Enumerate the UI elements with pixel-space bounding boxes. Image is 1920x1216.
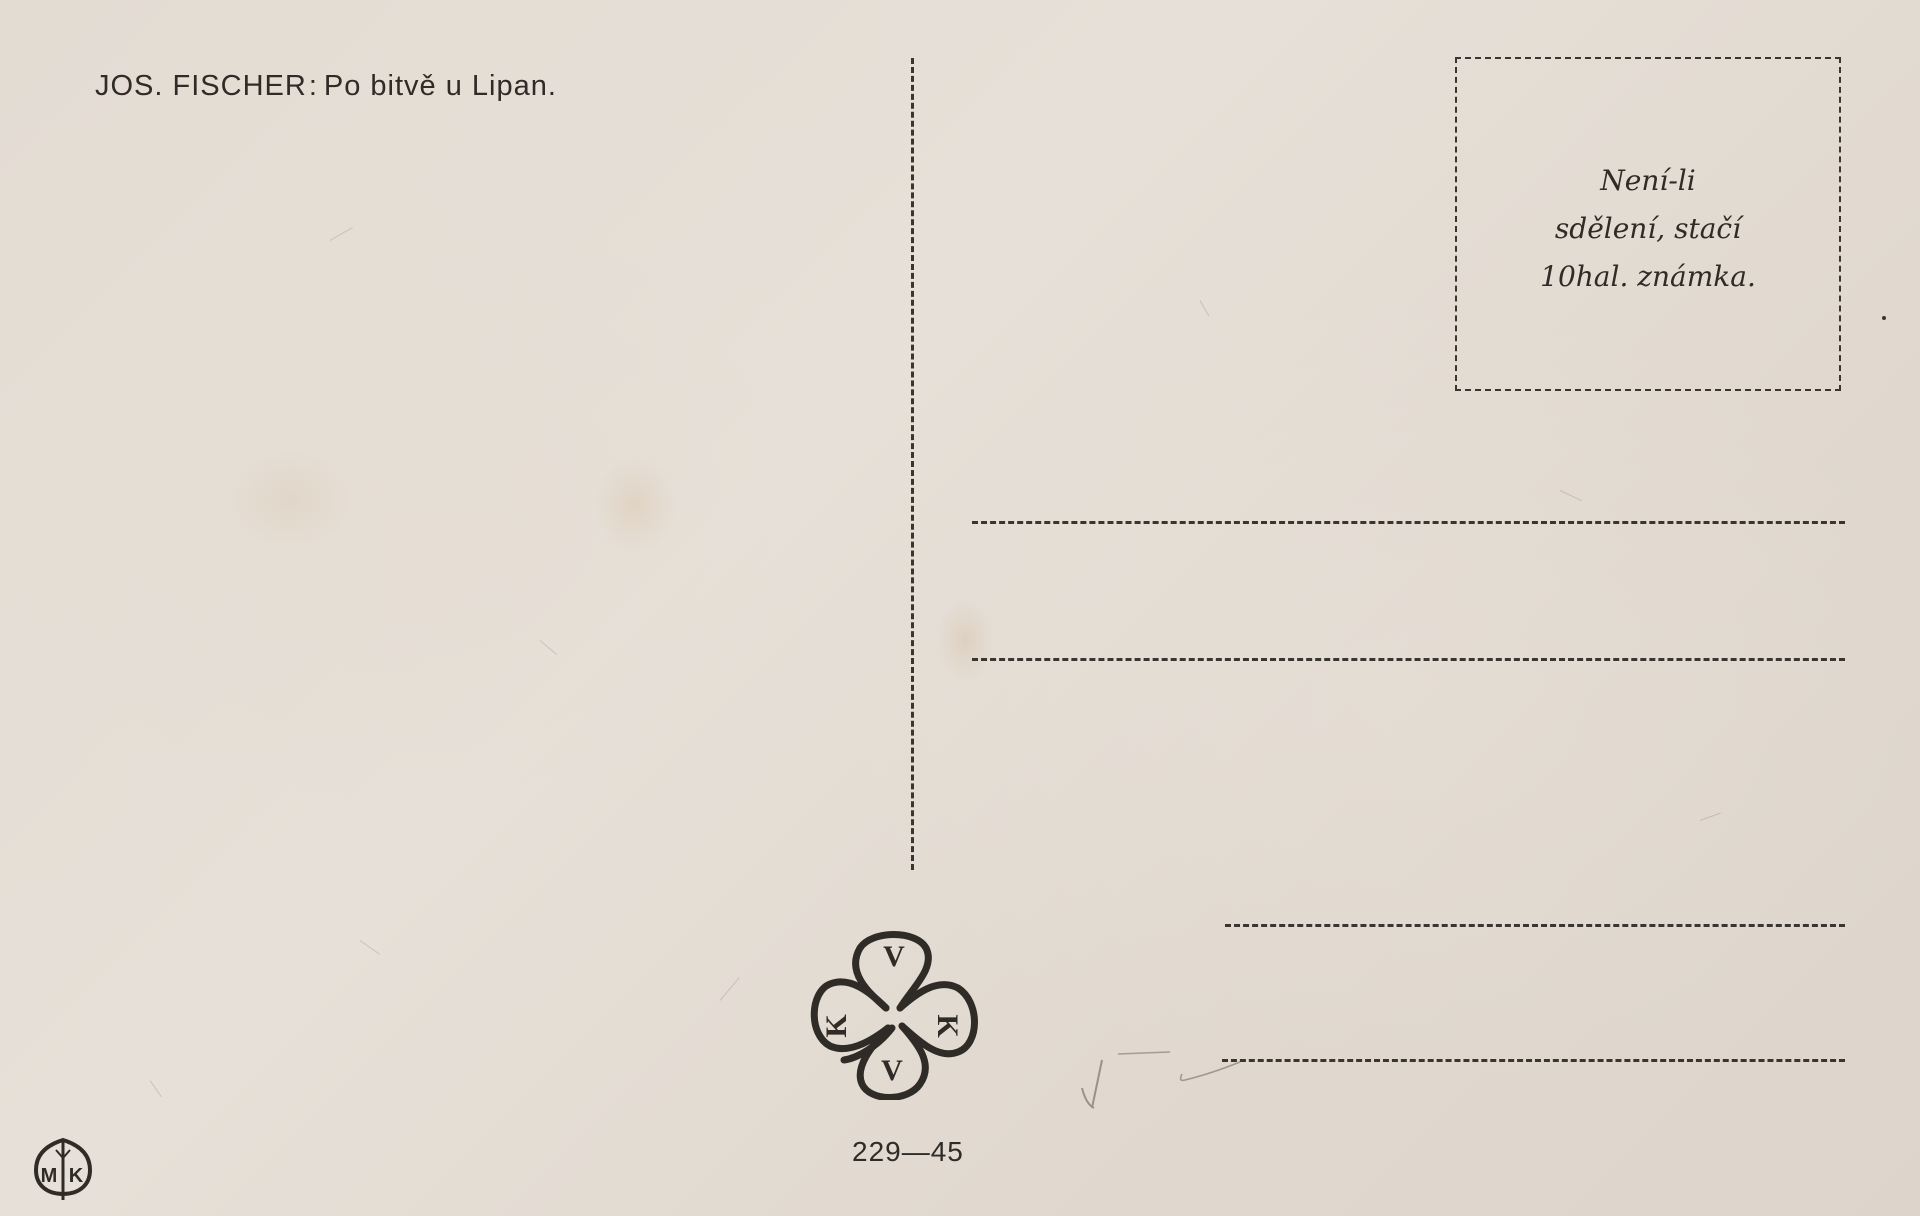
address-line-1 [972,521,1845,524]
artwork-title: Po bitvě u Lipan. [324,70,557,102]
clover-letter: V [881,1054,903,1087]
artwork-caption: JOS. FISCHER:Po bitvě u Lipan. [95,70,557,103]
four-leaf-clover-icon: V K V K [808,930,978,1100]
mk-letter: M [41,1165,58,1187]
postcard-back: JOS. FISCHER:Po bitvě u Lipan. Není-li s… [0,0,1920,1216]
address-line-3 [1225,924,1845,927]
stamp-box: Není-li sdělení, stačí 10hal. známka. [1455,57,1841,391]
clover-letter: K [931,1014,964,1038]
paper-fibre [1200,300,1210,316]
stamp-instructions: Není-li sdělení, stačí 10hal. známka. [1457,157,1839,301]
clover-letter: K [820,1014,853,1038]
paper-fibre [330,227,353,241]
paper-fibre [1560,490,1582,501]
paper-fibre [150,1080,162,1097]
caption-separator: : [309,70,318,102]
catalog-number: 229—45 [852,1136,964,1168]
artist-name: JOS. FISCHER [95,70,307,102]
stamp-text-line: 10hal. známka. [1457,253,1839,301]
mk-letter: K [69,1165,84,1187]
paper-fibre [360,940,380,955]
stray-dot [1882,316,1886,320]
leaf-mk-monogram-icon: M K [30,1136,96,1202]
stamp-text-line: Není-li [1457,157,1839,205]
address-line-2 [972,658,1845,661]
stamp-text-line: sdělení, stačí [1457,205,1839,253]
address-line-4 [1222,1059,1845,1062]
clover-letter: V [883,940,905,973]
paper-fibre [1700,813,1721,821]
pencil-mark [1070,1050,1250,1110]
message-address-divider [911,58,914,870]
paper-fibre [540,640,557,655]
paper-fibre [720,977,740,1001]
